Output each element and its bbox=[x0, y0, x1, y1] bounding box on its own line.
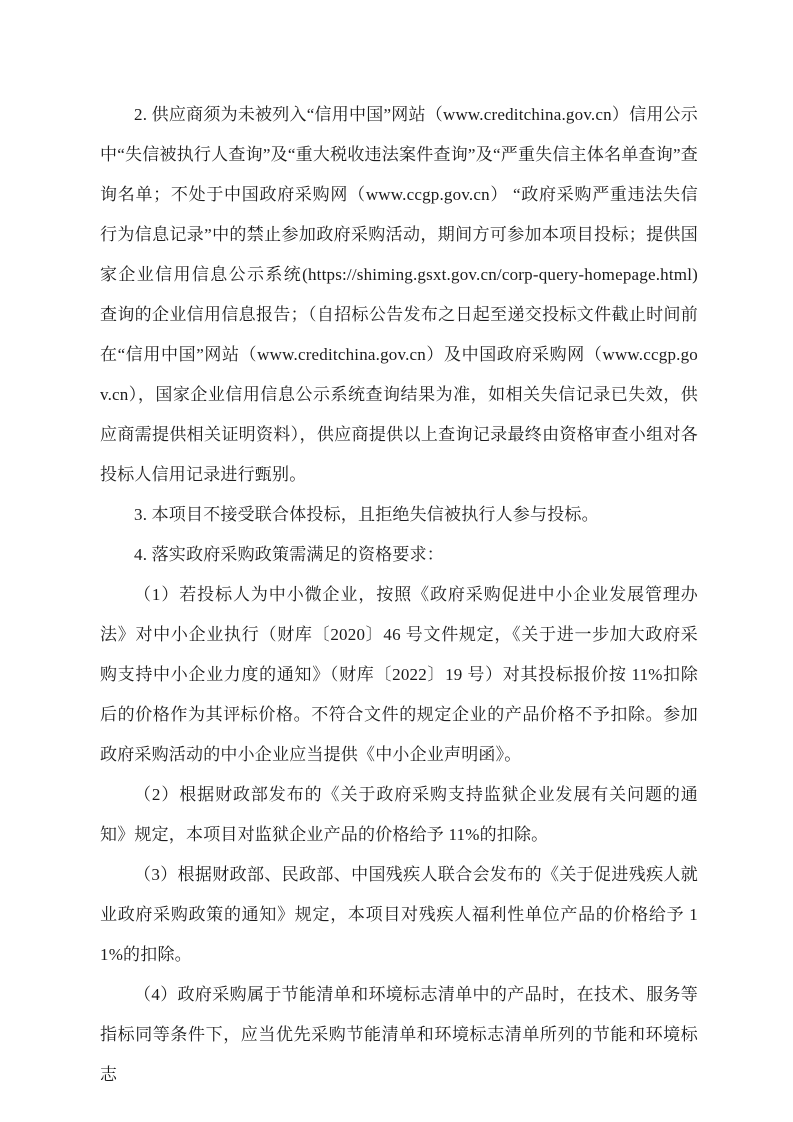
paragraph-sub-1-sme-deduction: （1）若投标人为中小微企业，按照《政府采购促进中小企业发展管理办法》对中小企业执… bbox=[100, 575, 698, 775]
document-page: 2. 供应商须为未被列入“信用中国”网站（www.creditchina.gov… bbox=[0, 0, 793, 1122]
paragraph-sub-3-disabled-deduction: （3）根据财政部、民政部、中国残疾人联合会发布的《关于促进残疾人就业政府采购政策… bbox=[100, 855, 698, 975]
paragraph-item-2-supplier-credit: 2. 供应商须为未被列入“信用中国”网站（www.creditchina.gov… bbox=[100, 95, 698, 495]
paragraph-item-4-heading: 4. 落实政府采购政策需满足的资格要求： bbox=[100, 535, 698, 575]
paragraph-sub-4-energy-saving: （4）政府采购属于节能清单和环境标志清单中的产品时，在技术、服务等指标同等条件下… bbox=[100, 975, 698, 1095]
paragraph-item-3-no-consortium: 3. 本项目不接受联合体投标，且拒绝失信被执行人参与投标。 bbox=[100, 495, 698, 535]
paragraph-sub-2-prison-deduction: （2）根据财政部发布的《关于政府采购支持监狱企业发展有关问题的通知》规定，本项目… bbox=[100, 775, 698, 855]
document-body: 2. 供应商须为未被列入“信用中国”网站（www.creditchina.gov… bbox=[100, 95, 698, 1095]
